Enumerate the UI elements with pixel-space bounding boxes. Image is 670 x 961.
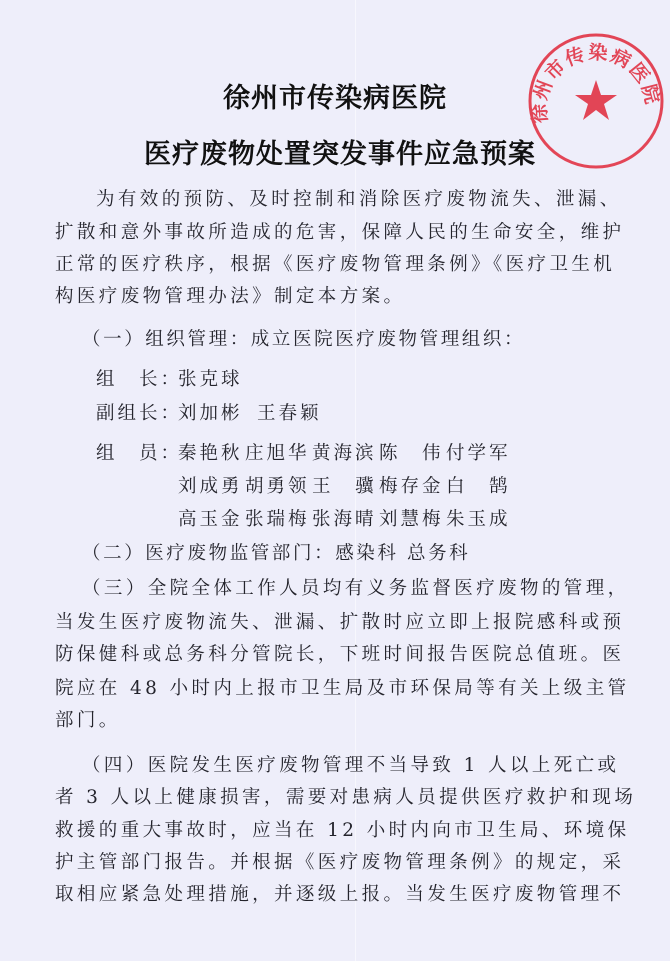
member-name: 秦艳秋	[178, 443, 243, 465]
section4-line: 者 3 人以上健康损害，需要对患病人员提供医疗救护和现场	[55, 787, 636, 809]
member-name: 白 鹄	[446, 476, 511, 498]
section3-line: 防保健科或总务科分管院长，下班时间报告医院总值班。医	[55, 644, 624, 666]
document-page: 徐州市传染病医院 医疗废物处置突发事件应急预案 徐州市传染病医院 为有效的预防、…	[0, 0, 670, 961]
members-label: 组 员：	[96, 443, 182, 465]
deputy-name: 刘加彬	[178, 403, 243, 425]
leader-label: 组 长：	[96, 369, 182, 391]
section2-text: （二）医疗废物监管部门：感染科 总务科	[82, 543, 470, 565]
intro-line: 构医疗废物管理办法》制定本方案。	[55, 286, 405, 308]
member-name: 庄旭华	[245, 443, 310, 465]
intro-line: 为有效的预防、及时控制和消除医疗废物流失、泄漏、	[96, 189, 622, 211]
section3-line: 部门。	[55, 710, 121, 732]
member-name: 胡勇领	[245, 476, 310, 498]
section4-line: 取相应紧急处理措施，并逐级上报。当发生医疗废物管理不	[55, 884, 624, 906]
intro-line: 扩散和意外事故所造成的危害，保障人民的生命安全，维护	[55, 222, 624, 244]
member-name: 陈 伟	[379, 443, 444, 465]
member-name: 黄海滨	[312, 443, 377, 465]
member-name: 梅存金	[379, 476, 444, 498]
member-name: 高玉金	[178, 509, 243, 531]
section1-heading: （一）组织管理：成立医院医疗废物管理组织：	[82, 329, 525, 351]
section3-line: 院应在 48 小时内上报市卫生局及市环保局等有关上级主管	[55, 678, 630, 700]
deputy-label: 副组长：	[96, 403, 182, 425]
member-name: 刘慧梅	[379, 509, 444, 531]
official-seal-icon: 徐州市传染病医院	[525, 30, 667, 172]
section4-line: 救援的重大事故时，应当在 12 小时内向市卫生局、环境保	[55, 820, 630, 842]
member-name: 刘成勇	[178, 476, 243, 498]
deputy-name: 王春颖	[257, 403, 322, 425]
member-name: 王 骥	[312, 476, 377, 498]
section4-line: 护主管部门报告。并根据《医疗废物管理条例》的规定，采	[55, 852, 624, 874]
leader-name: 张克球	[178, 369, 243, 391]
section3-line: （三）全院全体工作人员均有义务监督医疗废物的管理，	[82, 578, 630, 600]
member-name: 朱玉成	[446, 509, 511, 531]
section3-line: 当发生医疗废物流失、泄漏、扩散时应立即上报院感科或预	[55, 612, 624, 634]
member-name: 张瑞梅	[245, 509, 310, 531]
member-name: 付学军	[446, 443, 511, 465]
member-name: 张海晴	[312, 509, 377, 531]
section4-line: （四）医院发生医疗废物管理不当导致 1 人以上死亡或	[82, 755, 619, 777]
intro-line: 正常的医疗秩序，根据《医疗废物管理条例》《医疗卫生机	[55, 254, 615, 276]
